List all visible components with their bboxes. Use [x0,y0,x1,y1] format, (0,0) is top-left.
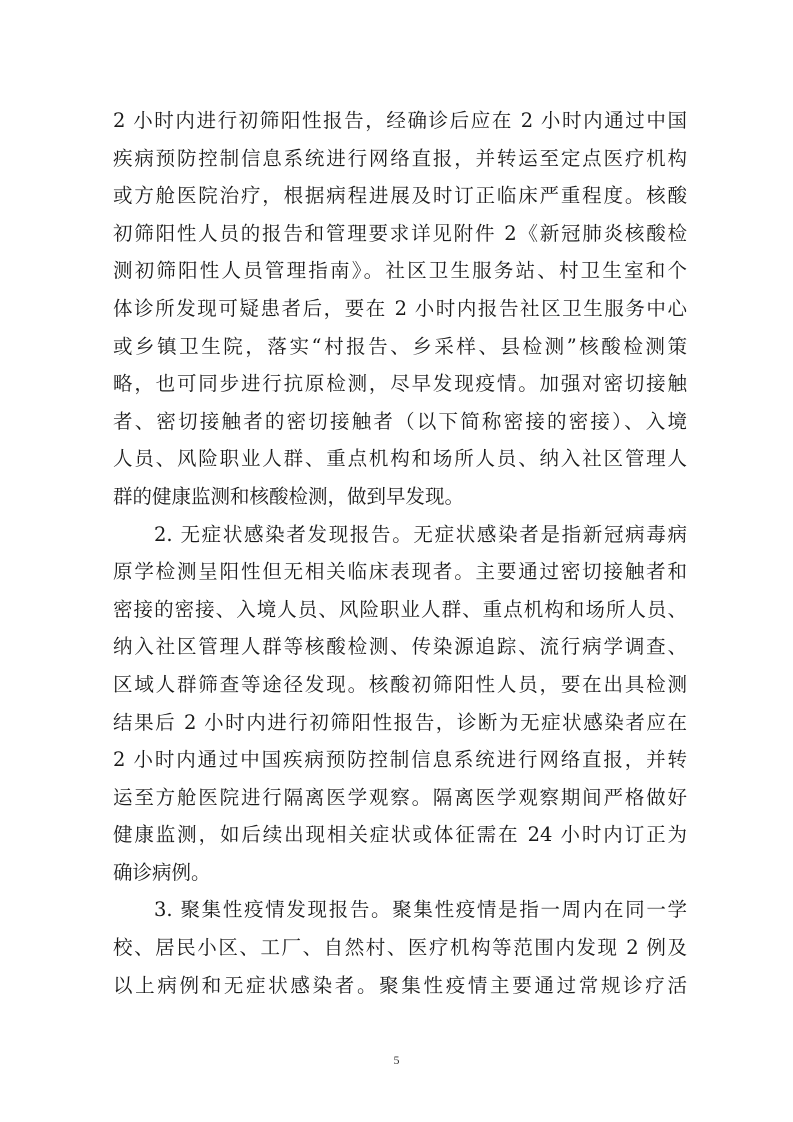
text-line: 2 小时内进行初筛阳性报告，经确诊后应在 2 小时内通过中国 [113,102,687,140]
paragraph-continued: 2 小时内进行初筛阳性报告，经确诊后应在 2 小时内通过中国 疾病预防控制信息系… [113,102,687,516]
text-line: 校、居民小区、工厂、自然村、医疗机构等范围内发现 2 例及 [113,929,687,967]
text-line: 结果后 2 小时内进行初筛阳性报告，诊断为无症状感染者应在 [113,704,687,742]
text-line: 初筛阳性人员的报告和管理要求详见附件 2《新冠肺炎核酸检 [113,215,687,253]
text-line: 略，也可同步进行抗原检测，尽早发现疫情。加强对密切接触 [113,365,687,403]
paragraph-asymptomatic-report: 2. 无症状感染者发现报告。无症状感染者是指新冠病毒病 原学检测呈阳性但无相关临… [113,516,687,892]
text-line: 人员、风险职业人群、重点机构和场所人员、纳入社区管理人 [113,440,687,478]
text-line: 体诊所发现可疑患者后，要在 2 小时内报告社区卫生服务中心 [113,290,687,328]
paragraph-cluster-report: 3. 聚集性疫情发现报告。聚集性疫情是指一周内在同一学 校、居民小区、工厂、自然… [113,891,687,1004]
text-line: 健康监测，如后续出现相关症状或体征需在 24 小时内订正为 [113,816,687,854]
text-line: 3. 聚集性疫情发现报告。聚集性疫情是指一周内在同一学 [113,891,687,929]
text-line: 2. 无症状感染者发现报告。无症状感染者是指新冠病毒病 [113,516,687,554]
text-line: 或乡镇卫生院，落实“村报告、乡采样、县检测”核酸检测策 [113,328,687,366]
text-line: 区域人群筛查等途径发现。核酸初筛阳性人员，要在出具检测 [113,666,687,704]
text-line: 者、密切接触者的密切接触者（以下简称密接的密接）、入境 [113,403,687,441]
text-line: 以上病例和无症状感染者。聚集性疫情主要通过常规诊疗活 [113,967,687,1005]
text-line: 2 小时内通过中国疾病预防控制信息系统进行网络直报，并转 [113,741,687,779]
text-line: 运至方舱医院进行隔离医学观察。隔离医学观察期间严格做好 [113,779,687,817]
document-page: 2 小时内进行初筛阳性报告，经确诊后应在 2 小时内通过中国 疾病预防控制信息系… [0,0,793,1122]
page-number: 5 [0,1053,793,1068]
text-line: 原学检测呈阳性但无相关临床表现者。主要通过密切接触者和 [113,553,687,591]
text-line: 确诊病例。 [113,854,687,892]
text-line: 密接的密接、入境人员、风险职业人群、重点机构和场所人员、 [113,591,687,629]
text-line: 群的健康监测和核酸检测，做到早发现。 [113,478,687,516]
text-line: 测初筛阳性人员管理指南》。社区卫生服务站、村卫生室和个 [113,252,687,290]
text-line: 疾病预防控制信息系统进行网络直报，并转运至定点医疗机构 [113,140,687,178]
text-line: 或方舱医院治疗，根据病程进展及时订正临床严重程度。核酸 [113,177,687,215]
text-line: 纳入社区管理人群等核酸检测、传染源追踪、流行病学调查、 [113,628,687,666]
page-body: 2 小时内进行初筛阳性报告，经确诊后应在 2 小时内通过中国 疾病预防控制信息系… [113,102,687,1004]
